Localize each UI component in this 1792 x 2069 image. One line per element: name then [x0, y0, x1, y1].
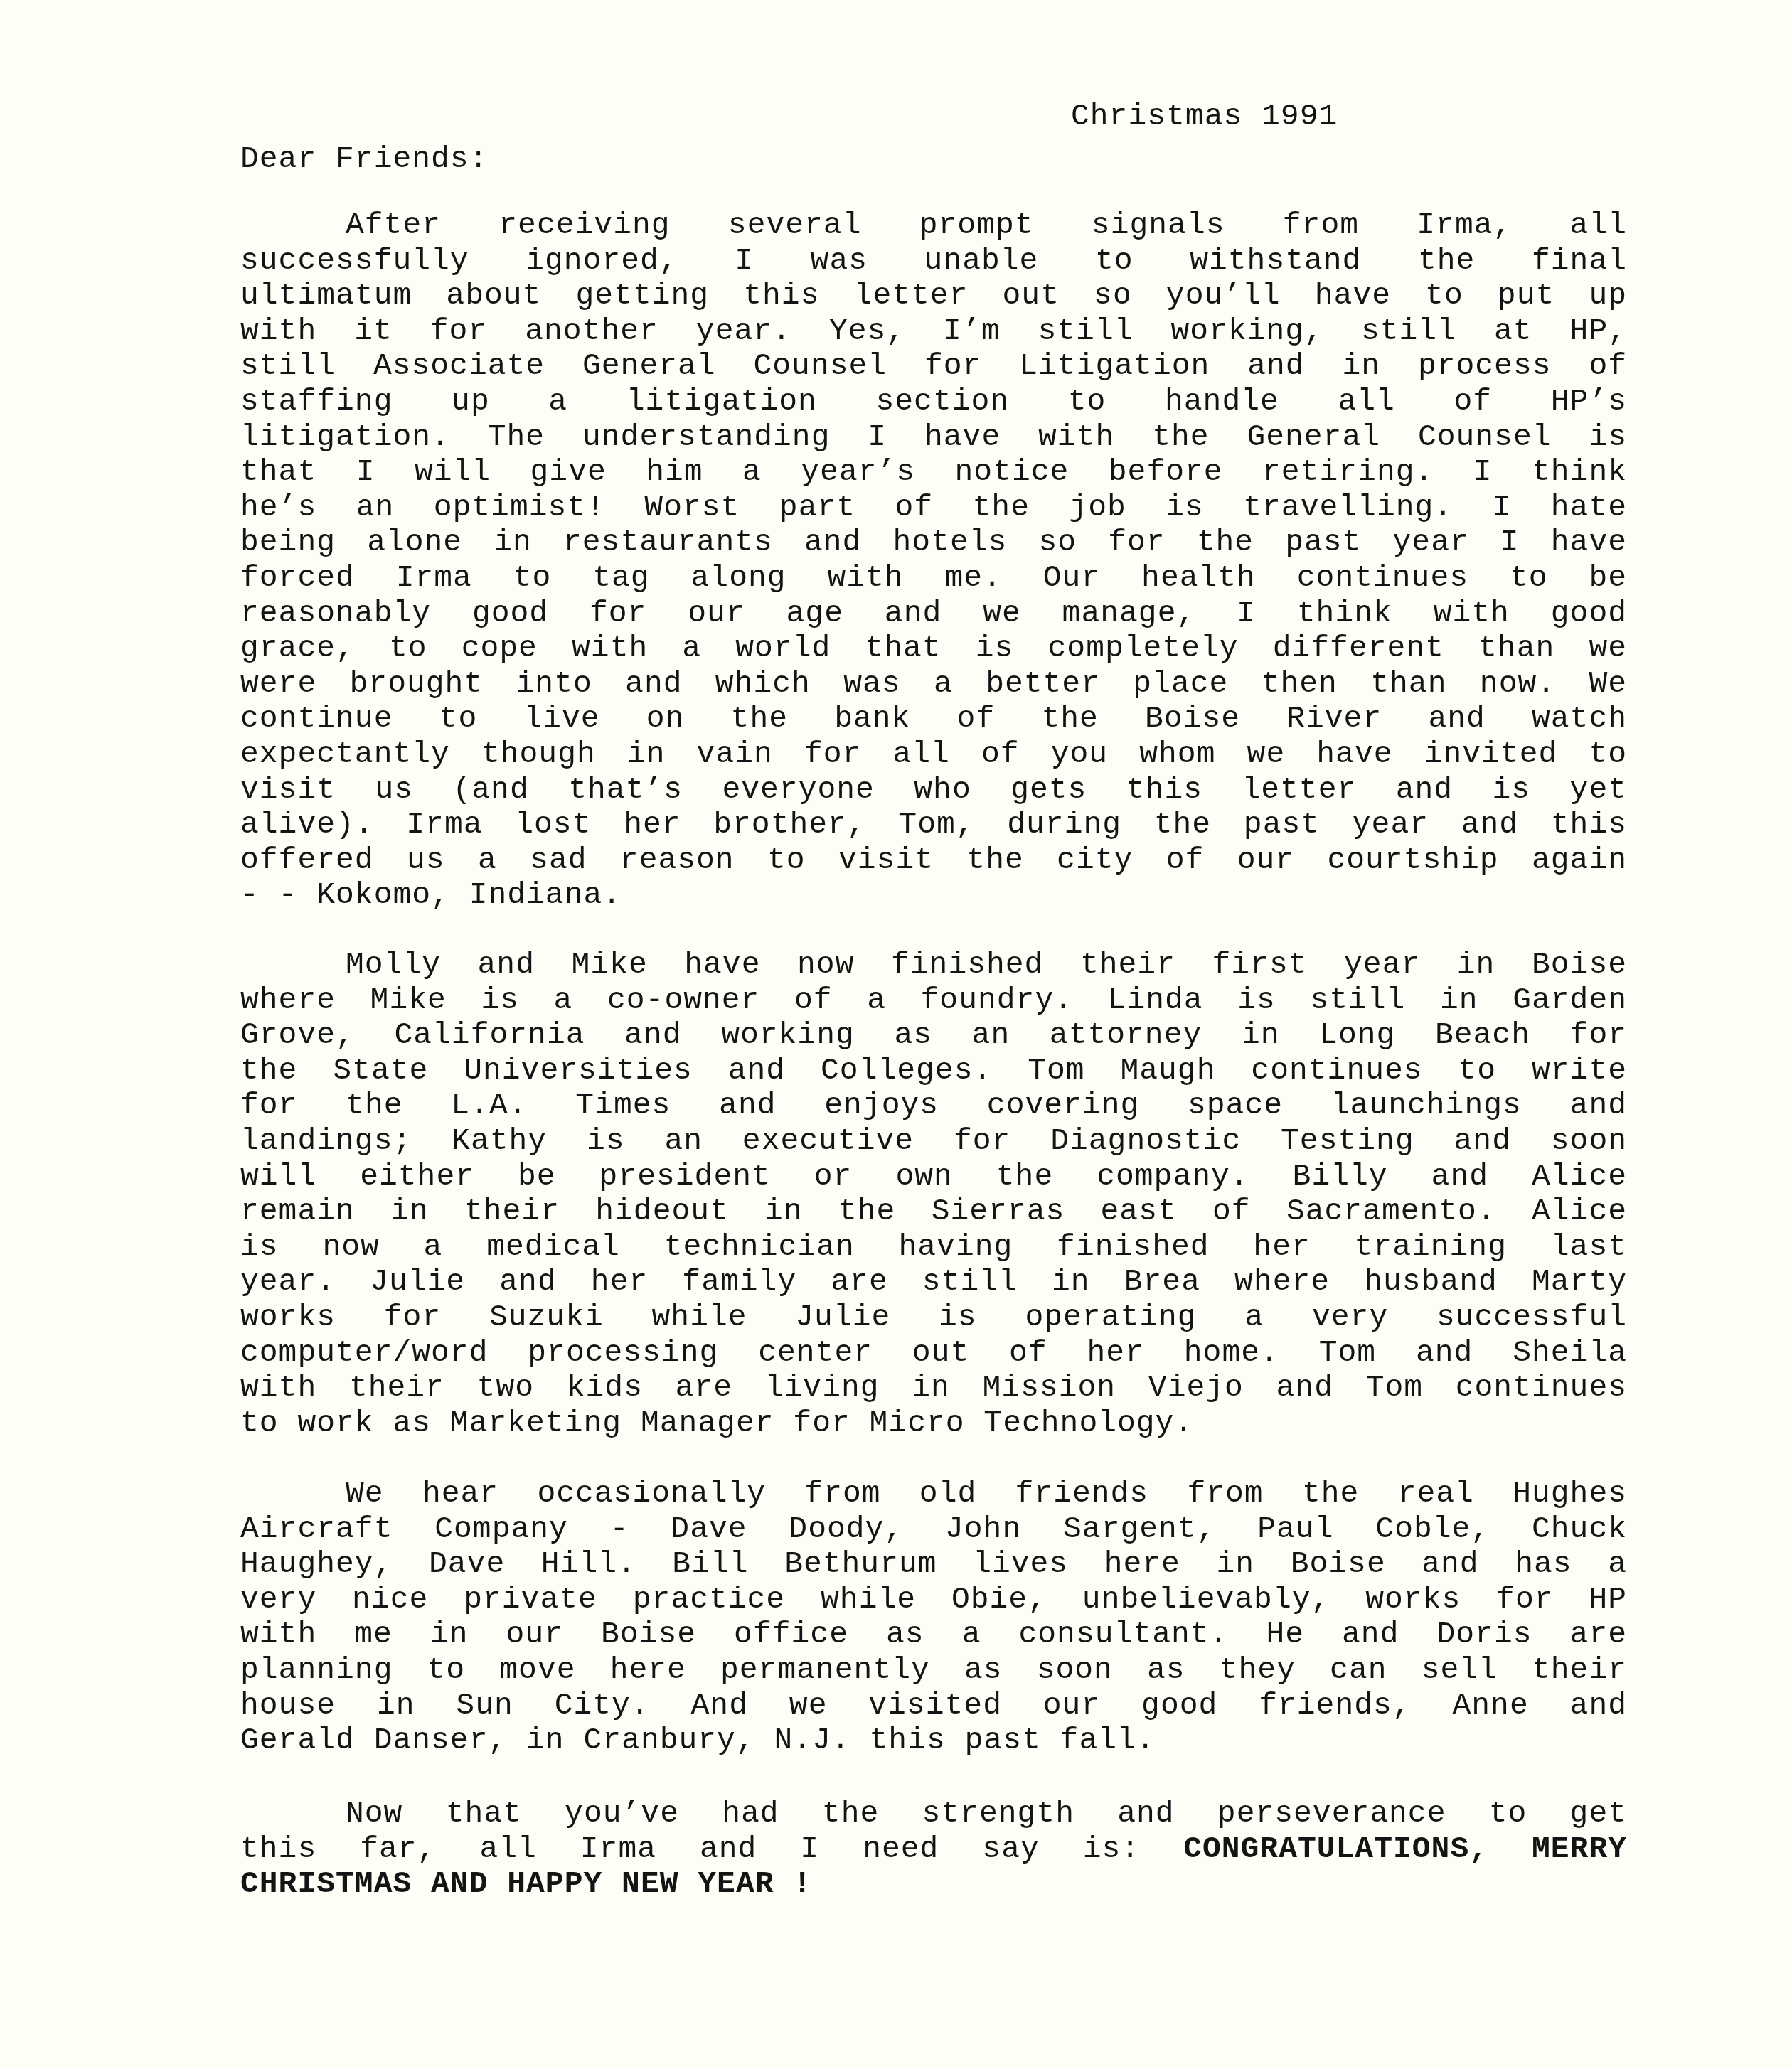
text-line: is now a medical technician having finis…: [240, 1229, 1627, 1265]
text-line: staffing up a litigation section to hand…: [240, 384, 1627, 419]
text-line: being alone in restaurants and hotels so…: [240, 525, 1627, 560]
closing-line-2-text: this far, all Irma and I need say is:: [240, 1832, 1183, 1866]
text-line: to work as Marketing Manager for Micro T…: [240, 1406, 1627, 1441]
text-line: We hear occasionally from old friends fr…: [240, 1476, 1627, 1512]
text-line: he’s an optimist! Worst part of the job …: [240, 490, 1627, 525]
text-line: Gerald Danser, in Cranbury, N.J. this pa…: [240, 1723, 1627, 1758]
text-line: computer/word processing center out of h…: [240, 1335, 1627, 1371]
text-line: Grove, California and working as an atto…: [240, 1017, 1627, 1053]
greeting-congratulations: CONGRATULATIONS, MERRY: [1183, 1832, 1627, 1866]
text-line: house in Sun City. And we visited our go…: [240, 1688, 1627, 1723]
text-line: planning to move here permanently as soo…: [240, 1652, 1627, 1688]
text-line: litigation. The understanding I have wit…: [240, 419, 1627, 455]
closing-line-2: this far, all Irma and I need say is: CO…: [240, 1832, 1627, 1867]
greeting-merry-christmas: CHRISTMAS AND HAPPY NEW YEAR !: [240, 1866, 1627, 1902]
text-line: visit us (and that’s everyone who gets t…: [240, 772, 1627, 808]
text-line: with me in our Boise office as a consult…: [240, 1617, 1627, 1652]
text-line: will either be president or own the comp…: [240, 1159, 1627, 1194]
text-line: alive). Irma lost her brother, Tom, duri…: [240, 807, 1627, 843]
paragraph-closing: Now that you’ve had the strength and per…: [240, 1796, 1627, 1902]
text-line: landings; Kathy is an executive for Diag…: [240, 1123, 1627, 1159]
dateline: Christmas 1991: [1071, 97, 1338, 137]
letter-page: Christmas 1991 Dear Friends: After recei…: [0, 0, 1792, 2069]
text-line: - - Kokomo, Indiana.: [240, 877, 1627, 913]
paragraph-family-news: Molly and Mike have now finished their f…: [240, 947, 1627, 1440]
text-line: with it for another year. Yes, I’m still…: [240, 314, 1627, 349]
text-line: reasonably good for our age and we manag…: [240, 596, 1627, 631]
text-line: Molly and Mike have now finished their f…: [240, 947, 1627, 983]
closing-line-1: Now that you’ve had the strength and per…: [240, 1796, 1627, 1832]
text-line: year. Julie and her family are still in …: [240, 1264, 1627, 1300]
text-line: still Associate General Counsel for Liti…: [240, 348, 1627, 384]
text-line: ultimatum about getting this letter out …: [240, 278, 1627, 314]
text-line: very nice private practice while Obie, u…: [240, 1582, 1627, 1618]
text-line: successfully ignored, I was unable to wi…: [240, 243, 1627, 279]
text-line: works for Suzuki while Julie is operatin…: [240, 1300, 1627, 1335]
text-line: forced Irma to tag along with me. Our he…: [240, 560, 1627, 596]
paragraph-hp-update: After receiving several prompt signals f…: [240, 208, 1627, 913]
text-line: were brought into and which was a better…: [240, 666, 1627, 702]
text-line: Haughey, Dave Hill. Bill Bethurum lives …: [240, 1546, 1627, 1582]
text-line: where Mike is a co-owner of a foundry. L…: [240, 983, 1627, 1018]
salutation: Dear Friends:: [240, 139, 488, 179]
paragraph-old-friends: We hear occasionally from old friends fr…: [240, 1476, 1627, 1758]
text-line: for the L.A. Times and enjoys covering s…: [240, 1088, 1627, 1123]
text-line: continue to live on the bank of the Bois…: [240, 701, 1627, 737]
text-line: with their two kids are living in Missio…: [240, 1370, 1627, 1406]
text-line: offered us a sad reason to visit the cit…: [240, 843, 1627, 878]
text-line: expectantly though in vain for all of yo…: [240, 737, 1627, 772]
text-line: grace, to cope with a world that is comp…: [240, 631, 1627, 666]
text-line: After receiving several prompt signals f…: [240, 208, 1627, 243]
text-line: that I will give him a year’s notice bef…: [240, 454, 1627, 490]
text-line: Aircraft Company - Dave Doody, John Sarg…: [240, 1512, 1627, 1547]
text-line: the State Universities and Colleges. Tom…: [240, 1053, 1627, 1089]
text-line: remain in their hideout in the Sierras e…: [240, 1194, 1627, 1229]
